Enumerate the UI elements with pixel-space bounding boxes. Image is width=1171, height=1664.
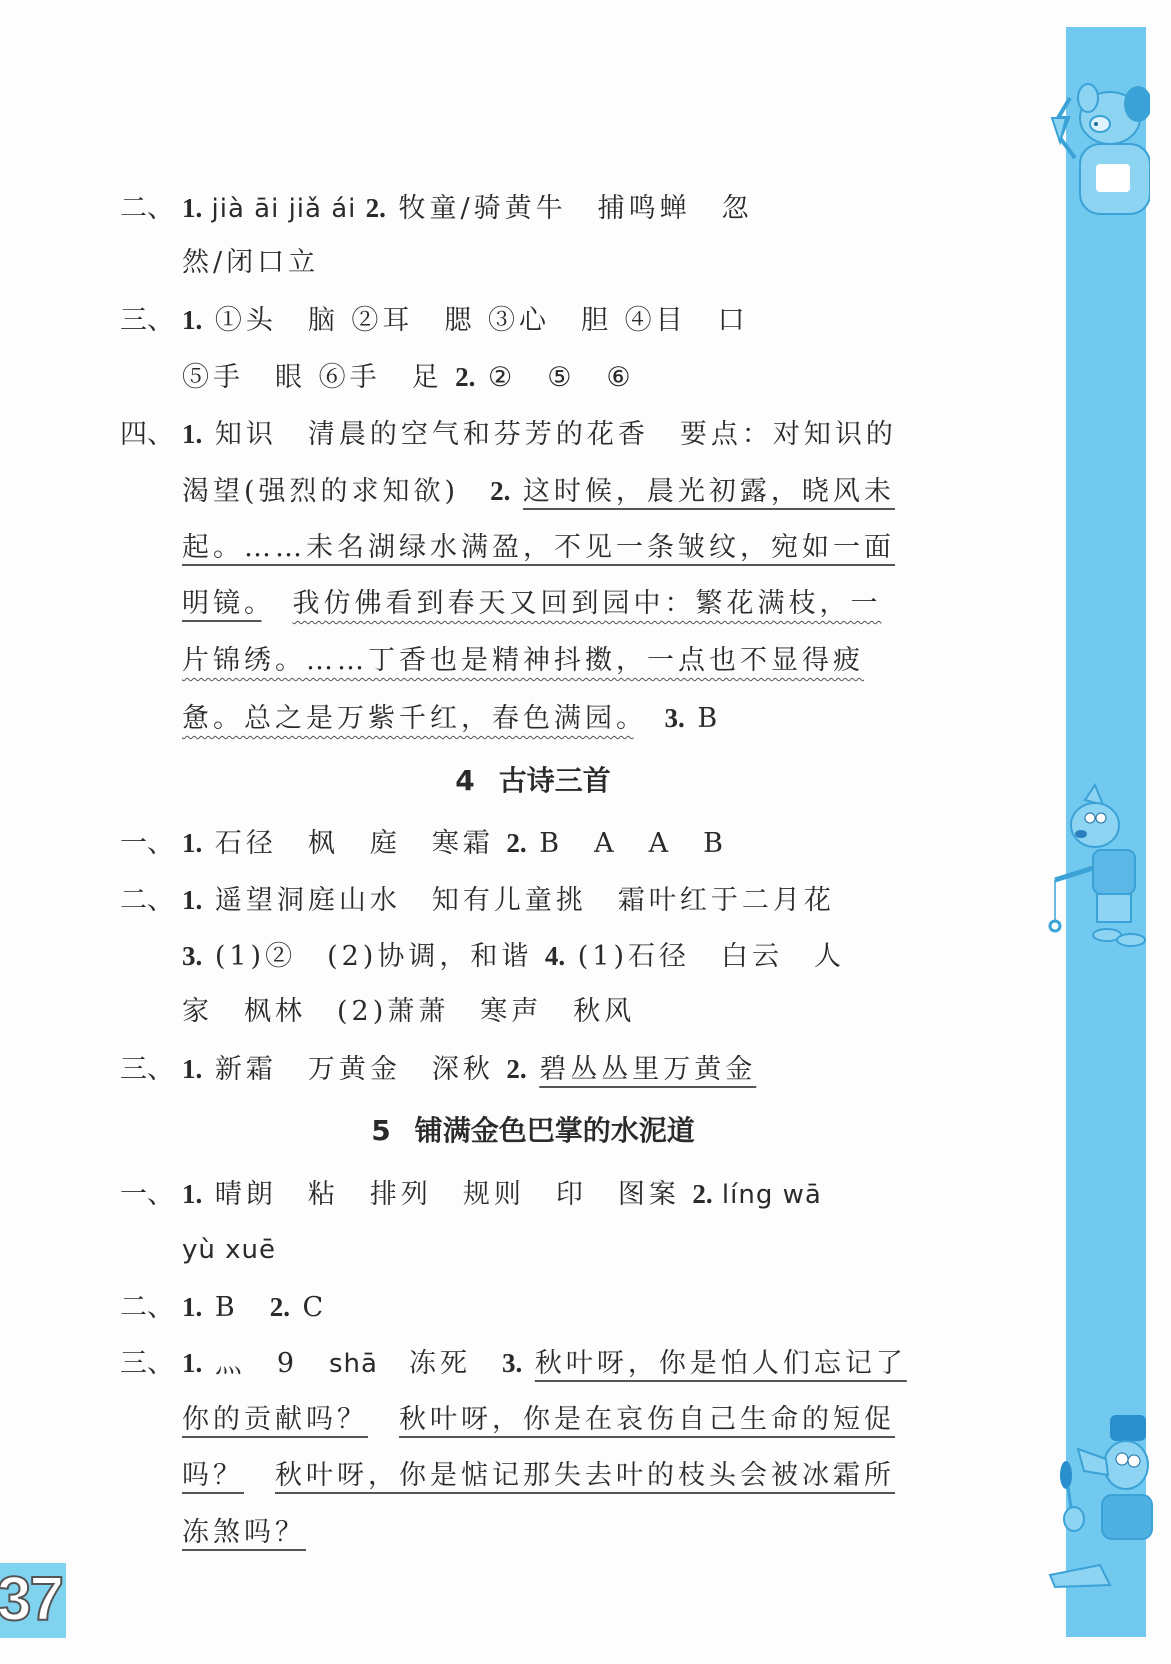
question-number: 1. (182, 1179, 202, 1209)
question-number: 3. (665, 703, 685, 733)
answer-text: C (290, 1292, 327, 1323)
question-number: 1. (182, 1054, 202, 1084)
lesson-number: 5 (371, 1114, 390, 1147)
answer-text (244, 1460, 275, 1491)
answer-line: ⑤手 眼 ⑥手 足 2. ② ⑤ ⑥ (182, 357, 635, 397)
section-label: 三、 (120, 1050, 182, 1090)
question-number: 3. (502, 1348, 522, 1378)
answer-line: 三、1. 灬 9 shā 冻死 3. 秋叶呀，你是怕人们忘记了 (120, 1343, 907, 1383)
underlined-answer: 片锦绣。……丁香也是精神抖擞，一点也不显得疲 (182, 645, 864, 676)
question-number: 2. (366, 193, 386, 223)
answer-text: 晴朗 粘 排列 规则 印 图案 (202, 1179, 692, 1210)
question-number: 1. (182, 1292, 202, 1322)
page-number-badge: 37 (0, 1563, 66, 1638)
answer-line: 家 枫林 (2)萧萧 寒声 秋风 (182, 992, 635, 1032)
question-number: 2. (455, 362, 475, 392)
answer-line: 二、1. 遥望洞庭山水 知有儿童挑 霜叶红于二月花 (120, 880, 835, 920)
section-label: 一、 (120, 824, 182, 864)
question-number: 2. (270, 1292, 290, 1322)
lesson-number: 4 (455, 764, 474, 797)
answer-text: 知识 清晨的空气和芬芳的花香 要点：对知识的 (202, 419, 897, 450)
underlined-answer: 秋叶呀，你是惦记那失去叶的枝头会被冰霜所 (275, 1460, 895, 1491)
answer-line: 四、1. 知识 清晨的空气和芬芳的花香 要点：对知识的 (120, 414, 897, 454)
question-number: 1. (182, 885, 202, 915)
answer-text: jià āi jiǎ ái (202, 194, 365, 224)
question-number: 1. (182, 1348, 202, 1378)
section-label: 三、 (120, 1344, 182, 1384)
underlined-answer: 吗？ (182, 1460, 244, 1491)
answer-text: 遥望洞庭山水 知有儿童挑 霜叶红于二月花 (202, 885, 835, 916)
answer-text (634, 703, 665, 734)
answer-line: 起。……未名湖绿水满盈，不见一条皱纹，宛如一面 (182, 528, 895, 568)
answer-line: 明镜。 我仿佛看到春天又回到园中：繁花满枝，一 (182, 584, 882, 624)
answer-text: B A A B (527, 828, 727, 859)
answer-line: 二、1. B 2. C (120, 1287, 327, 1327)
page-number: 37 (0, 1567, 62, 1633)
answer-text: 灬 9 (202, 1348, 329, 1379)
answer-text: 牧童/骑黄牛 捕鸣蝉 忽 (386, 193, 753, 224)
question-number: 2. (490, 476, 510, 506)
section-label: 一、 (120, 1175, 182, 1215)
wolf-mascot-icon (1045, 780, 1155, 950)
answer-text: shā (329, 1349, 378, 1379)
answer-text (522, 1348, 535, 1379)
answer-line: 二、1. jià āi jiǎ ái 2. 牧童/骑黄牛 捕鸣蝉 忽 (120, 188, 753, 228)
underlined-answer: 你的贡献吗？ (182, 1404, 368, 1435)
underlined-answer: 秋叶呀，你是怕人们忘记了 (535, 1348, 907, 1379)
answer-line: 惫。总之是万紫千红，春色满园。 3. B (182, 698, 721, 738)
underlined-answer: 冻煞吗？ (182, 1517, 306, 1548)
question-number: 2. (506, 1054, 526, 1084)
underlined-answer: 明镜。 (182, 588, 262, 619)
answer-text: (1)② (2)协调，和谐 (202, 941, 545, 972)
underlined-answer: 我仿佛看到春天又回到园中：繁花满枝，一 (293, 588, 882, 619)
answer-text: 新霜 万黄金 深秋 (202, 1054, 506, 1085)
answer-text (527, 1054, 540, 1085)
question-number: 3. (182, 941, 202, 971)
answer-text (262, 588, 293, 619)
question-number: 1. (182, 193, 202, 223)
section-label: 四、 (120, 415, 182, 455)
answer-text: (1)石径 白云 人 (565, 941, 845, 972)
answer-text: B (202, 1292, 269, 1323)
underlined-answer: 碧丛丛里万黄金 (539, 1054, 756, 1085)
answer-line: 渴望(强烈的求知欲) 2. 这时候，晨光初露，晓风未 (182, 471, 895, 511)
answer-line: 三、1. ①头 脑 ②耳 腮 ③心 胆 ④目 口 (120, 300, 749, 340)
answer-text: ①头 脑 ②耳 腮 ③心 胆 ④目 口 (202, 305, 748, 336)
question-number: 1. (182, 419, 202, 449)
answer-text: 家 枫林 (2)萧萧 寒声 秋风 (182, 996, 635, 1027)
answer-text: 冻死 (378, 1348, 502, 1379)
section-label: 二、 (120, 881, 182, 921)
pig-mascot-icon (1030, 78, 1150, 238)
duck-mascot-icon (1040, 1415, 1160, 1595)
answer-line: 冻煞吗？ (182, 1513, 306, 1553)
answer-text: 渴望(强烈的求知欲) (182, 476, 490, 507)
lesson-heading: 4古诗三首 (0, 761, 1066, 801)
question-number: 2. (506, 828, 526, 858)
section-label: 二、 (120, 189, 182, 229)
answer-text (368, 1404, 399, 1435)
answer-text: ⑤手 眼 ⑥手 足 (182, 362, 455, 393)
answer-line: 3. (1)② (2)协调，和谐 4. (1)石径 白云 人 (182, 936, 845, 976)
question-number: 2. (692, 1179, 712, 1209)
answer-line: 吗？ 秋叶呀，你是惦记那失去叶的枝头会被冰霜所 (182, 1456, 895, 1496)
answer-line: 然/闭口立 (182, 243, 319, 283)
underlined-answer: 这时候，晨光初露，晓风未 (523, 476, 895, 507)
answer-line: 一、1. 晴朗 粘 排列 规则 印 图案 2. líng wā (120, 1174, 822, 1214)
lesson-title: 铺满金色巴掌的水泥道 (415, 1114, 695, 1147)
section-label: 二、 (120, 1288, 182, 1328)
lesson-title: 古诗三首 (499, 764, 611, 797)
question-number: 4. (545, 941, 565, 971)
answer-line: 片锦绣。……丁香也是精神抖擞，一点也不显得疲 (182, 641, 864, 681)
question-number: 1. (182, 305, 202, 335)
underlined-answer: 惫。总之是万紫千红，春色满园。 (182, 703, 634, 734)
answer-text (510, 476, 523, 507)
answer-text: yù xuē (182, 1235, 276, 1265)
answer-line: 三、1. 新霜 万黄金 深秋 2. 碧丛丛里万黄金 (120, 1049, 756, 1089)
answer-text: B (685, 703, 721, 734)
answer-text: ② ⑤ ⑥ (475, 362, 634, 393)
section-label: 三、 (120, 301, 182, 341)
lesson-heading: 5铺满金色巴掌的水泥道 (0, 1111, 1066, 1151)
answer-line: yù xuē (182, 1230, 276, 1270)
underlined-answer: 起。……未名湖绿水满盈，不见一条皱纹，宛如一面 (182, 532, 895, 563)
answer-text: líng wā (713, 1180, 822, 1210)
question-number: 1. (182, 828, 202, 858)
underlined-answer: 秋叶呀，你是在哀伤自己生命的短促 (399, 1404, 895, 1435)
answer-line: 一、1. 石径 枫 庭 寒霜 2. B A A B (120, 823, 727, 863)
answer-text: 然/闭口立 (182, 247, 319, 278)
answer-text: 石径 枫 庭 寒霜 (202, 828, 506, 859)
answer-line: 你的贡献吗？ 秋叶呀，你是在哀伤自己生命的短促 (182, 1400, 895, 1440)
